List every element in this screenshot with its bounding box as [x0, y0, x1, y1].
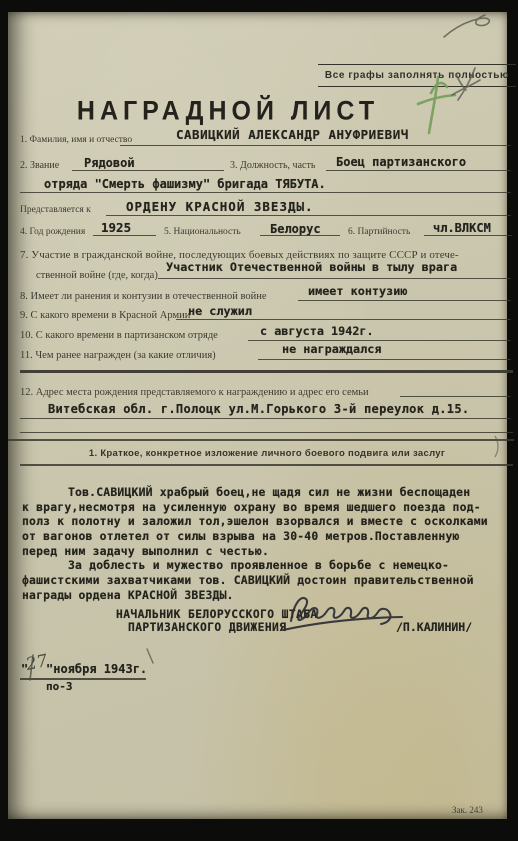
field-8-label: 8. Имеет ли ранения и контузии в отечест… [20, 291, 266, 302]
underline [176, 319, 511, 320]
field-9-value: не служил [188, 304, 252, 318]
citation-line: За доблесть и мужество проявленное в бор… [22, 558, 518, 573]
field-11-value: не награждался [282, 342, 381, 356]
underline [326, 170, 511, 171]
field-1-label: 1. Фамилия, имя и отчество [20, 135, 132, 145]
underline [424, 235, 512, 236]
citation-line: перед ним задачу выполнил с честью. [22, 544, 518, 559]
field-12-label: 12. Адрес места рождения представляемого… [20, 387, 369, 398]
citation-line: награды ордена КРАСНОЙ ЗВЕЗДЫ. [22, 588, 518, 603]
field-2-label: 2. Звание [20, 160, 59, 171]
underline [72, 170, 224, 171]
signer-title-line1: НАЧАЛЬНИК БЕЛОРУССКОГО ШТАБА [116, 608, 318, 621]
divider [20, 464, 513, 466]
underline [248, 340, 511, 341]
field-3-value: Боец партизанского [336, 155, 466, 169]
field-12-value: Витебская обл. г.Полоцк ул.М.Горького 3-… [48, 402, 469, 416]
underline [158, 278, 511, 279]
field-6-label: 6. Партийность [348, 227, 410, 237]
section-divider [20, 370, 513, 373]
field-2-value: Рядовой [84, 156, 135, 170]
divider [8, 439, 514, 441]
date-note-below: по-3 [46, 680, 73, 693]
field-4-value: 1925 [101, 220, 131, 235]
paper-sheet: Все графы заполнять полностью НАГРАДНОЙ … [8, 12, 507, 819]
field-5-value: Белорус [270, 222, 321, 236]
date-text: "ноября 1943г. [46, 662, 147, 676]
presented-to-value: ОРДЕНУ КРАСНОЙ ЗВЕЗДЫ. [126, 199, 314, 214]
underline [120, 145, 511, 146]
field-3-label: 3. Должность, часть [230, 160, 315, 171]
field-10-label: 10. С какого времени в партизанском отря… [20, 330, 218, 341]
field-7-value: Участник Отечественной войны в тылу враг… [166, 260, 457, 274]
presented-to-label: Представляется к [20, 205, 91, 215]
citation-line: к врагу,несмотря на усиленную охрану во … [22, 500, 518, 515]
signer-title-line2: ПАРТИЗАНСКОГО ДВИЖЕНИЯ [128, 621, 286, 634]
field-7-label-line2: ственной войне (где, когда) [36, 270, 158, 281]
underline [20, 192, 511, 193]
field-9-label: 9. С какого времени в Красной Армии [20, 310, 190, 321]
underline [298, 300, 511, 301]
citation-line: полз к полотну и заложил тол,эшелон взор… [22, 514, 518, 529]
citation-line: фашистскими захватчиками тов. САВИЦКИЙ д… [22, 573, 518, 588]
underline [93, 235, 156, 236]
citation-text: Тов.САВИЦКИЙ храбрый боец,не щадя сил не… [22, 485, 518, 603]
field-11-label: 11. Чем ранее награжден (за какие отличи… [20, 350, 216, 361]
citation-line: Тов.САВИЦКИЙ храбрый боец,не щадя сил не… [22, 485, 518, 500]
scanned-document: Все графы заполнять полностью НАГРАДНОЙ … [0, 0, 518, 841]
fill-all-fields-note: Все графы заполнять полностью [318, 64, 516, 87]
underline [20, 418, 511, 419]
underline [20, 678, 146, 680]
field-10-value: с августа 1942г. [260, 324, 374, 338]
document-title: НАГРАДНОЙ ЛИСТ [8, 96, 448, 127]
underline [258, 359, 511, 360]
divider [20, 432, 513, 433]
field-6-value: чл.ВЛКСМ [433, 221, 491, 235]
signer-name: /П.КАЛИНИН/ [396, 620, 472, 634]
field-8-value: имеет контузию [308, 284, 407, 298]
underline [260, 235, 340, 236]
section-1-heading: 1. Краткое, конкретное изложение личного… [8, 448, 518, 459]
field-4-label: 4. Год рождения [20, 227, 85, 237]
field-5-label: 5. Национальность [164, 227, 241, 237]
underline [400, 396, 511, 397]
field-3-value-line2: отряда "Смерть фашизму" бригада ТЯБУТА. [44, 177, 326, 191]
field-1-value: САВИЦКИЙ АЛЕКСАНДР АНУФРИЕВИЧ [176, 127, 409, 142]
citation-line: от вагонов отлетел от силы взрыва на 30-… [22, 529, 518, 544]
print-reference: Зак. 243 [452, 805, 483, 815]
underline [106, 215, 511, 216]
